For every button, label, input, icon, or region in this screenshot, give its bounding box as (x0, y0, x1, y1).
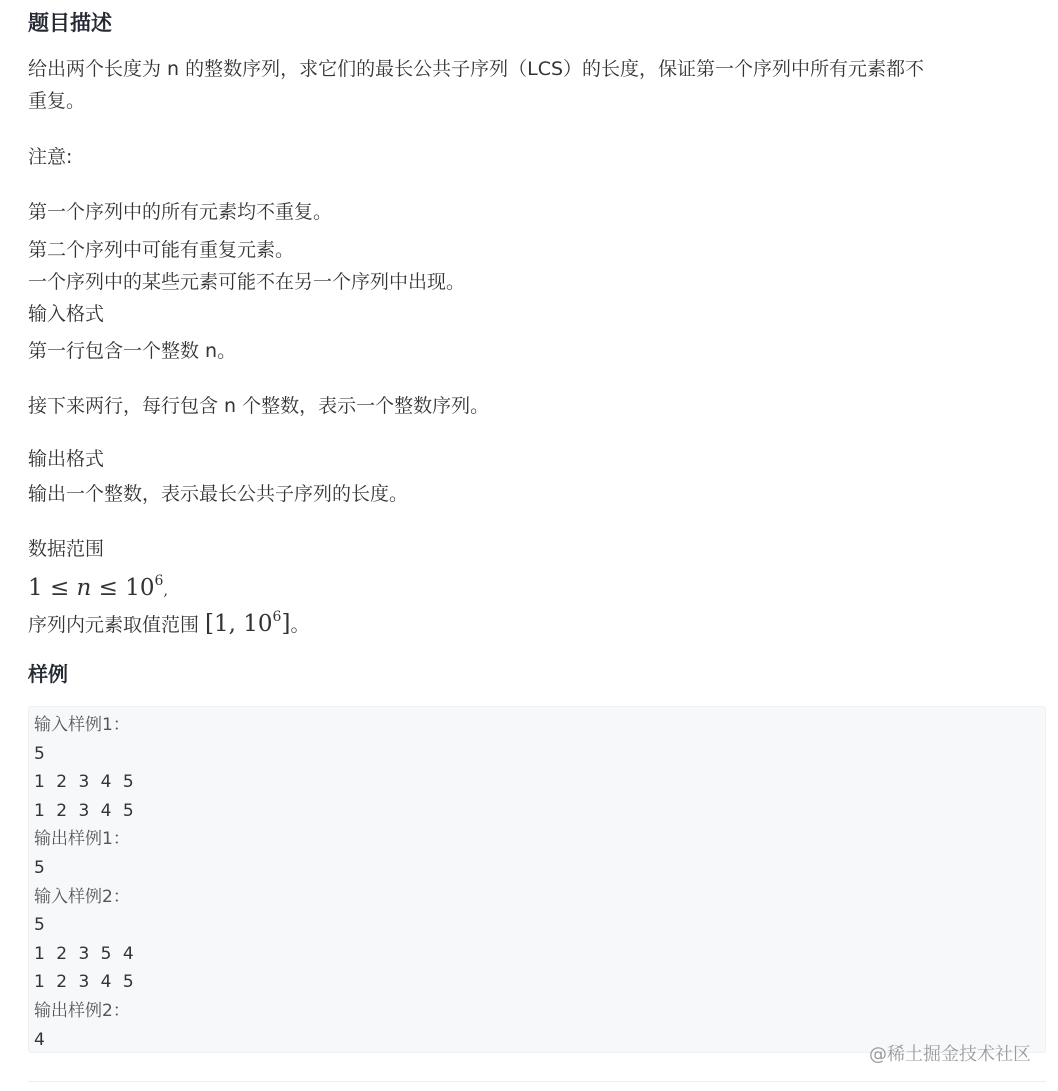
sample-line: 1 2 3 4 5 (34, 797, 1045, 826)
page-title: 题目描述 (28, 9, 112, 37)
output-format-line-1: 输出一个整数，表示最长公共子序列的长度。 (28, 479, 1048, 509)
sample-line: 输入样例2： (34, 883, 1045, 912)
sample-line: 输出样例1： (34, 825, 1045, 854)
divider (28, 1081, 1046, 1082)
sample-line: 5 (34, 740, 1045, 769)
input-format-line-1: 第一行包含一个整数 n。 (28, 336, 1048, 366)
sample-line: 1 2 3 4 5 (34, 768, 1045, 797)
note-label: 注意: (28, 142, 1048, 172)
data-range-heading: 数据范围 (28, 534, 1048, 564)
sample-line: 输入样例1： (34, 711, 1045, 740)
data-range-constraint: 1 ≤ n ≤ 106, (28, 566, 1048, 606)
watermark: @稀土掘金技术社区 (869, 1040, 1031, 1066)
output-format-heading: 输出格式 (28, 444, 1048, 474)
note-item: 第一个序列中的所有元素均不重复。 (28, 197, 1048, 227)
input-format-heading: 输入格式 (28, 299, 1048, 329)
input-format-line-2: 接下来两行，每行包含 n 个整数，表示一个整数序列。 (28, 391, 1048, 421)
sample-line: 5 (34, 911, 1045, 940)
sample-line: 1 2 3 4 5 (34, 968, 1045, 997)
sample-code-block: 输入样例1： 5 1 2 3 4 5 1 2 3 4 5 输出样例1： 5 输入… (28, 706, 1046, 1053)
description-line-2: 重复。 (28, 86, 1048, 116)
sample-line: 5 (34, 854, 1045, 883)
sample-line: 输出样例2： (34, 997, 1045, 1026)
description-line-1: 给出两个长度为 n 的整数序列，求它们的最长公共子序列（LCS）的长度，保证第一… (28, 54, 1048, 84)
samples-heading: 样例 (28, 660, 68, 688)
sample-line: 1 2 3 5 4 (34, 940, 1045, 969)
note-item: 一个序列中的某些元素可能不在另一个序列中出现。 (28, 267, 1048, 297)
note-item: 第二个序列中可能有重复元素。 (28, 235, 1048, 265)
data-range-values: 序列内元素取值范围 [1, 106]。 (28, 602, 1048, 640)
